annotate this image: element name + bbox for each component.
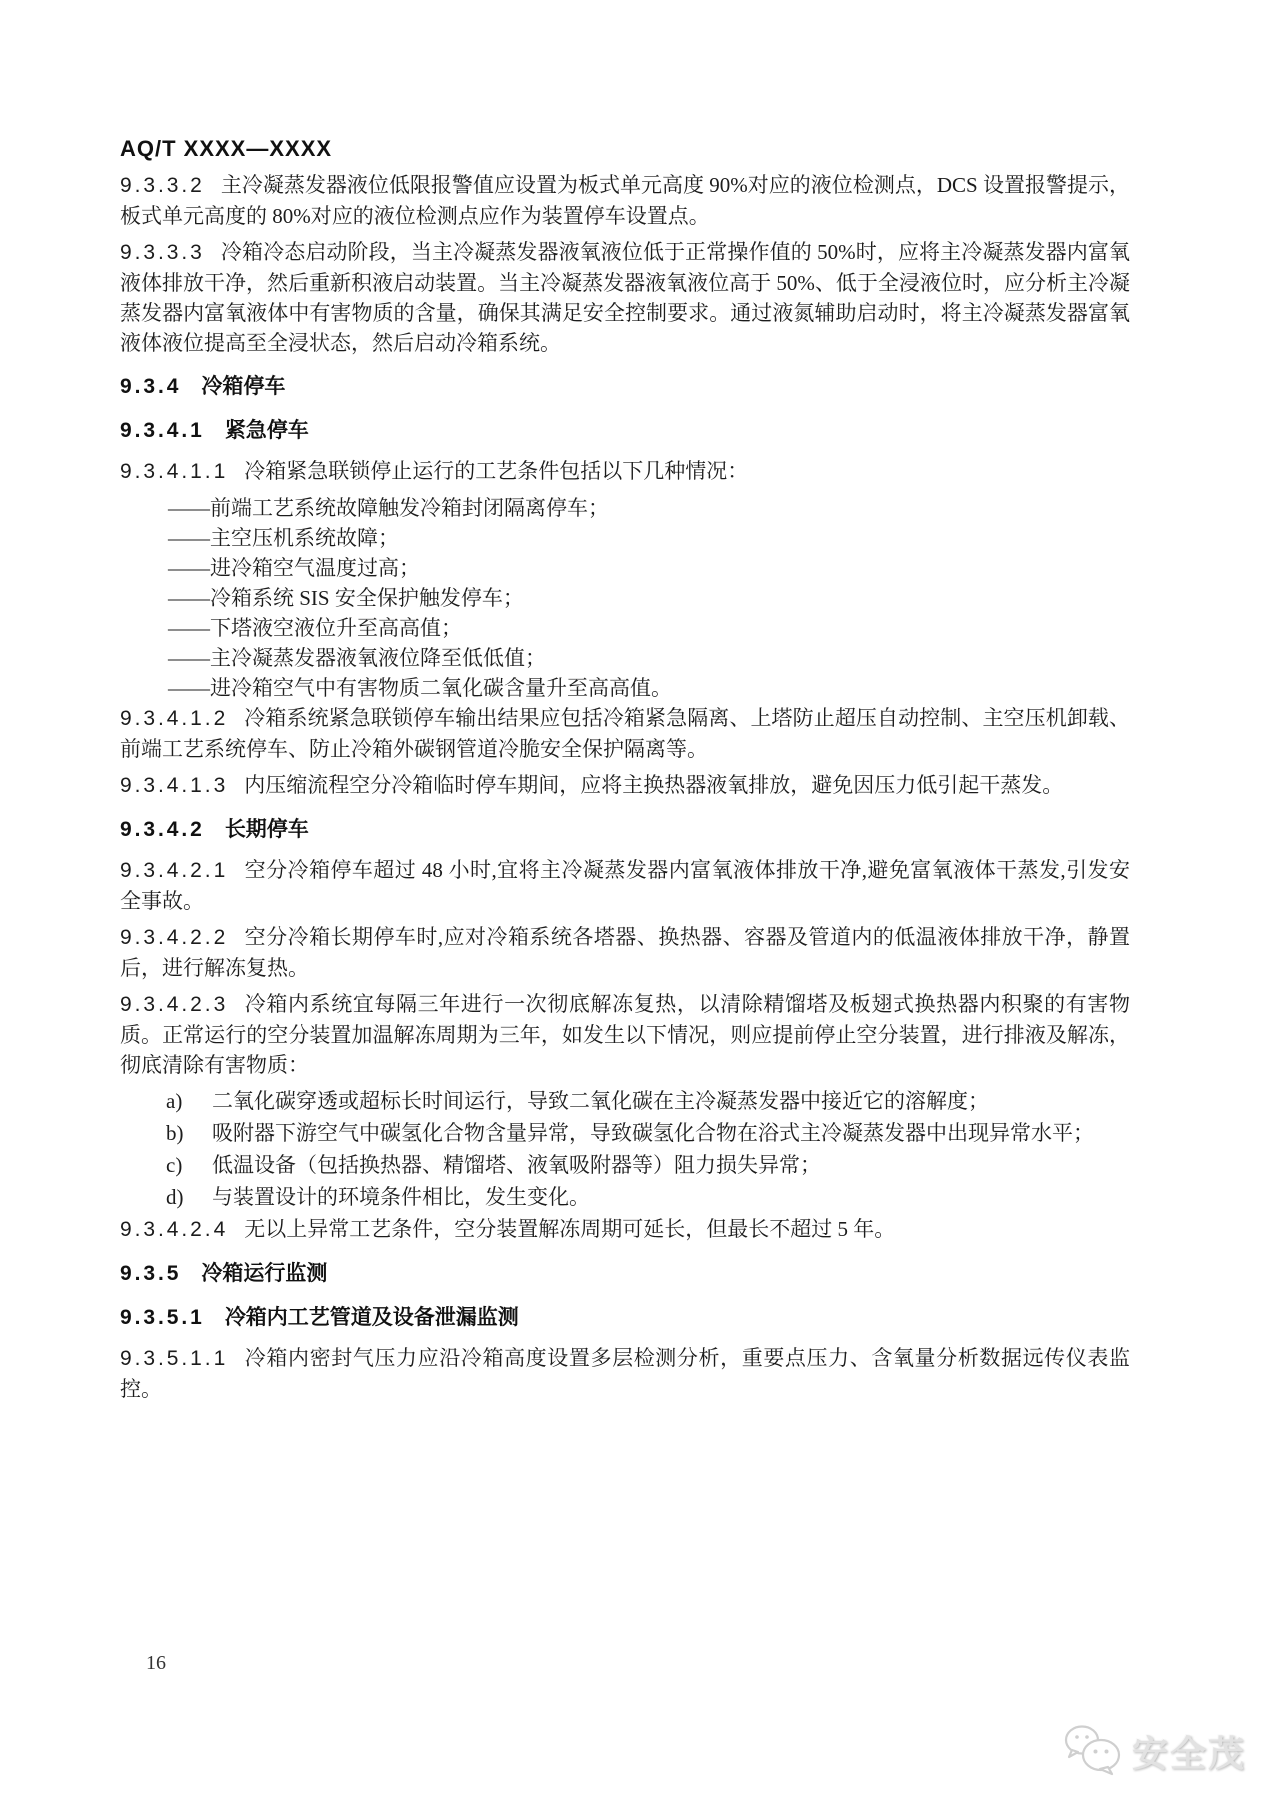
clause-number: 9.3.4.2.3	[120, 993, 228, 1016]
section-heading: 9.3.4冷箱停车	[120, 372, 1130, 402]
clause-text: 冷箱内系统宜每隔三年进行一次彻底解冻复热，以清除精馏塔及板翅式换热器内积聚的有害…	[120, 992, 1130, 1077]
section-heading: 9.3.5.1冷箱内工艺管道及设备泄漏监测	[120, 1303, 1130, 1333]
clause-text: 冷箱系统紧急联锁停车输出结果应包括冷箱紧急隔离、上塔防止超压自动控制、主空压机卸…	[120, 706, 1130, 761]
document-header: AQ/T XXXX—XXXX	[120, 136, 1130, 162]
clause-paragraph: 9.3.4.2.4无以上异常工艺条件，空分装置解冻周期可延长，但最长不超过 5 …	[120, 1214, 1130, 1245]
document-page: AQ/T XXXX—XXXX 9.3.3.2主冷凝蒸发器液位低限报警值应设置为板…	[0, 0, 1280, 1810]
dash-list-item: ——进冷箱空气温度过高；	[120, 553, 1130, 583]
section-heading: 9.3.5冷箱运行监测	[120, 1259, 1130, 1289]
document-body: 9.3.3.2主冷凝蒸发器液位低限报警值应设置为板式单元高度 90%对应的液位检…	[120, 170, 1130, 1404]
list-marker: b)	[166, 1118, 212, 1148]
clause-paragraph: 9.3.4.1.3内压缩流程空分冷箱临时停车期间，应将主换热器液氧排放，避免因压…	[120, 770, 1130, 801]
clause-text: 主冷凝蒸发器液位低限报警值应设置为板式单元高度 90%对应的液位检测点，DCS …	[120, 173, 1130, 228]
clause-text: 无以上异常工艺条件，空分装置解冻周期可延长，但最长不超过 5 年。	[244, 1217, 895, 1241]
lettered-list-item: a)二氧化碳穿透或超标长时间运行，导致二氧化碳在主冷凝蒸发器中接近它的溶解度；	[120, 1086, 1130, 1116]
list-marker: a)	[166, 1086, 212, 1116]
clause-number: 9.3.4.2.2	[120, 926, 228, 949]
clause-number: 9.3.4.1.3	[120, 774, 228, 797]
heading-number: 9.3.4	[120, 375, 181, 398]
dash-list-item: ——前端工艺系统故障触发冷箱封闭隔离停车；	[120, 493, 1130, 523]
list-marker: d)	[166, 1182, 212, 1212]
heading-number: 9.3.4.1	[120, 419, 205, 442]
lettered-list-item: c)低温设备（包括换热器、精馏塔、液氧吸附器等）阻力损失异常；	[120, 1150, 1130, 1180]
clause-text: 冷箱冷态启动阶段，当主冷凝蒸发器液氧液位低于正常操作值的 50%时，应将主冷凝蒸…	[120, 240, 1130, 355]
clause-paragraph: 9.3.4.1.2冷箱系统紧急联锁停车输出结果应包括冷箱紧急隔离、上塔防止超压自…	[120, 703, 1130, 764]
heading-number: 9.3.5.1	[120, 1306, 205, 1329]
list-text: 吸附器下游空气中碳氢化合物含量异常，导致碳氢化合物在浴式主冷凝蒸发器中出现异常水…	[212, 1118, 1130, 1148]
dash-list-item: ——冷箱系统 SIS 安全保护触发停车；	[120, 583, 1130, 613]
list-text: 低温设备（包括换热器、精馏塔、液氧吸附器等）阻力损失异常；	[212, 1150, 1130, 1180]
wechat-bubbles-icon	[1062, 1724, 1124, 1778]
dash-list-item: ——主冷凝蒸发器液氧液位降至低低值；	[120, 643, 1130, 673]
watermark: 安全茂	[1062, 1724, 1246, 1778]
heading-number: 9.3.5	[120, 1262, 181, 1285]
clause-text: 冷箱内密封气压力应沿冷箱高度设置多层检测分析，重要点压力、含氧量分析数据远传仪表…	[120, 1346, 1130, 1401]
lettered-list-item: d)与装置设计的环境条件相比，发生变化。	[120, 1182, 1130, 1212]
clause-number: 9.3.4.1.2	[120, 707, 228, 730]
clause-text: 冷箱紧急联锁停止运行的工艺条件包括以下几种情况：	[244, 459, 748, 483]
dash-list-item: ——下塔液空液位升至高高值；	[120, 613, 1130, 643]
list-text: 二氧化碳穿透或超标长时间运行，导致二氧化碳在主冷凝蒸发器中接近它的溶解度；	[212, 1086, 1130, 1116]
clause-number: 9.3.4.2.4	[120, 1218, 228, 1241]
heading-number: 9.3.4.2	[120, 818, 205, 841]
clause-text: 空分冷箱停车超过 48 小时,宜将主冷凝蒸发器内富氧液体排放干净,避免富氧液体干…	[120, 858, 1130, 913]
clause-number: 9.3.4.1.1	[120, 460, 228, 483]
list-text: 与装置设计的环境条件相比，发生变化。	[212, 1182, 1130, 1212]
section-heading: 9.3.4.2长期停车	[120, 815, 1130, 845]
clause-paragraph: 9.3.4.2.3冷箱内系统宜每隔三年进行一次彻底解冻复热，以清除精馏塔及板翅式…	[120, 989, 1130, 1080]
heading-text: 冷箱运行监测	[201, 1262, 327, 1285]
clause-text: 内压缩流程空分冷箱临时停车期间，应将主换热器液氧排放，避免因压力低引起干蒸发。	[244, 773, 1063, 797]
section-heading: 9.3.4.1紧急停车	[120, 416, 1130, 446]
clause-text: 空分冷箱长期停车时,应对冷箱系统各塔器、换热器、容器及管道内的低温液体排放干净，…	[120, 925, 1130, 980]
clause-number: 9.3.5.1.1	[120, 1347, 228, 1370]
heading-text: 冷箱内工艺管道及设备泄漏监测	[225, 1306, 519, 1329]
list-marker: c)	[166, 1150, 212, 1180]
lettered-list-item: b)吸附器下游空气中碳氢化合物含量异常，导致碳氢化合物在浴式主冷凝蒸发器中出现异…	[120, 1118, 1130, 1148]
heading-text: 长期停车	[225, 818, 309, 841]
page-number: 16	[146, 1652, 166, 1675]
clause-paragraph: 9.3.4.1.1冷箱紧急联锁停止运行的工艺条件包括以下几种情况：	[120, 456, 1130, 487]
dash-list-item: ——主空压机系统故障；	[120, 523, 1130, 553]
clause-number: 9.3.4.2.1	[120, 859, 228, 882]
dash-list-item: ——进冷箱空气中有害物质二氧化碳含量升至高高值。	[120, 673, 1130, 703]
clause-paragraph: 9.3.4.2.1空分冷箱停车超过 48 小时,宜将主冷凝蒸发器内富氧液体排放干…	[120, 855, 1130, 916]
clause-paragraph: 9.3.4.2.2空分冷箱长期停车时,应对冷箱系统各塔器、换热器、容器及管道内的…	[120, 922, 1130, 983]
clause-number: 9.3.3.3	[120, 241, 205, 264]
heading-text: 紧急停车	[225, 419, 309, 442]
clause-paragraph: 9.3.3.2主冷凝蒸发器液位低限报警值应设置为板式单元高度 90%对应的液位检…	[120, 170, 1130, 231]
clause-paragraph: 9.3.3.3冷箱冷态启动阶段，当主冷凝蒸发器液氧液位低于正常操作值的 50%时…	[120, 237, 1130, 358]
clause-paragraph: 9.3.5.1.1冷箱内密封气压力应沿冷箱高度设置多层检测分析，重要点压力、含氧…	[120, 1343, 1130, 1404]
watermark-text: 安全茂	[1132, 1726, 1246, 1777]
clause-number: 9.3.3.2	[120, 174, 205, 197]
heading-text: 冷箱停车	[201, 375, 285, 398]
